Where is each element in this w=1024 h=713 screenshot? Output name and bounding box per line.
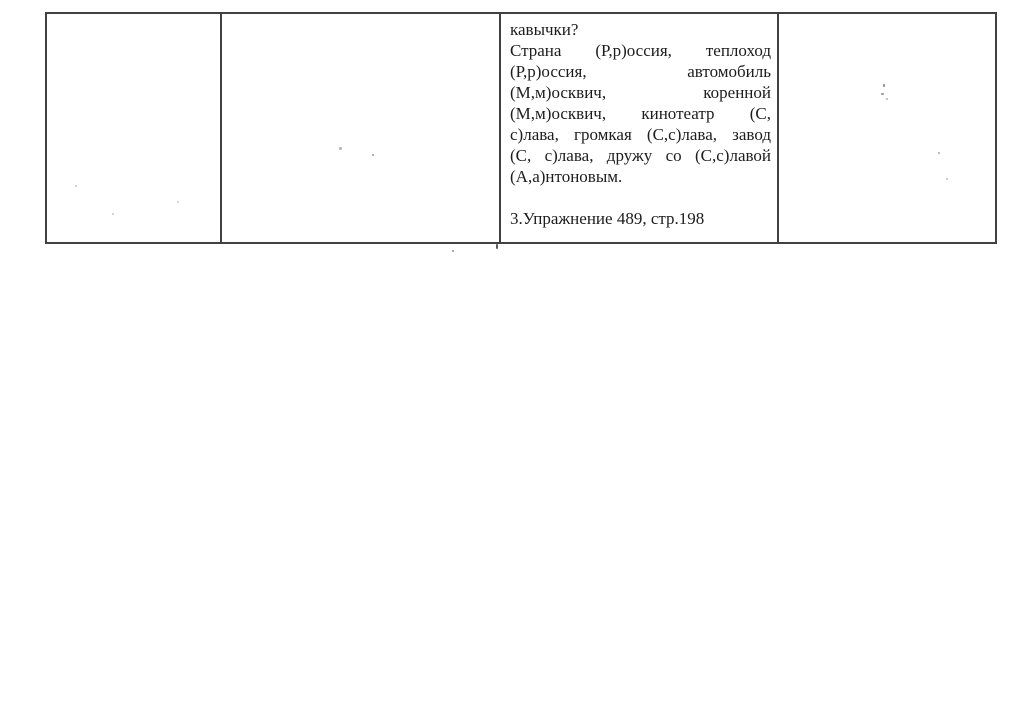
text-line: (С, с)лава, дружу со (С,с)лавой bbox=[510, 145, 771, 166]
table-cell-notes bbox=[777, 14, 995, 242]
worksheet-table: кавычки?Страна (Р,р)оссия, теплоход(Р,р)… bbox=[45, 12, 997, 244]
scan-noise-speck bbox=[881, 93, 884, 95]
text-line: с)лава, громкая (С,с)лава, завод bbox=[510, 124, 771, 145]
table-cell-lesson-stage bbox=[47, 14, 220, 242]
scan-noise-speck bbox=[75, 185, 77, 187]
text-line: Страна (Р,р)оссия, теплоход bbox=[510, 40, 771, 61]
scan-noise-speck bbox=[883, 84, 885, 87]
scan-noise-speck bbox=[112, 213, 114, 215]
text-line: (М,м)осквич, коренной bbox=[510, 82, 771, 103]
text-line: (М,м)осквич, кинотеатр (С, bbox=[510, 103, 771, 124]
scan-noise-speck bbox=[372, 154, 374, 156]
text-line: (А,а)нтоновым. bbox=[510, 166, 771, 187]
table-cell-teacher-activity bbox=[220, 14, 499, 242]
scan-noise-speck bbox=[886, 98, 888, 100]
scan-noise-speck bbox=[946, 178, 948, 180]
scan-noise-speck bbox=[177, 201, 179, 203]
scan-noise-speck bbox=[339, 147, 342, 150]
scan-noise-speck bbox=[938, 152, 940, 154]
text-line bbox=[510, 187, 771, 208]
text-line: кавычки? bbox=[510, 19, 771, 40]
scan-noise-speck bbox=[496, 244, 498, 249]
scanned-document-page: кавычки?Страна (Р,р)оссия, теплоход(Р,р)… bbox=[0, 0, 1024, 713]
text-line: 3.Упражнение 489, стр.198 bbox=[510, 208, 771, 229]
scan-noise-speck bbox=[452, 250, 454, 252]
table-cell-exercise-text: кавычки?Страна (Р,р)оссия, теплоход(Р,р)… bbox=[499, 14, 777, 242]
text-line: (Р,р)оссия, автомобиль bbox=[510, 61, 771, 82]
